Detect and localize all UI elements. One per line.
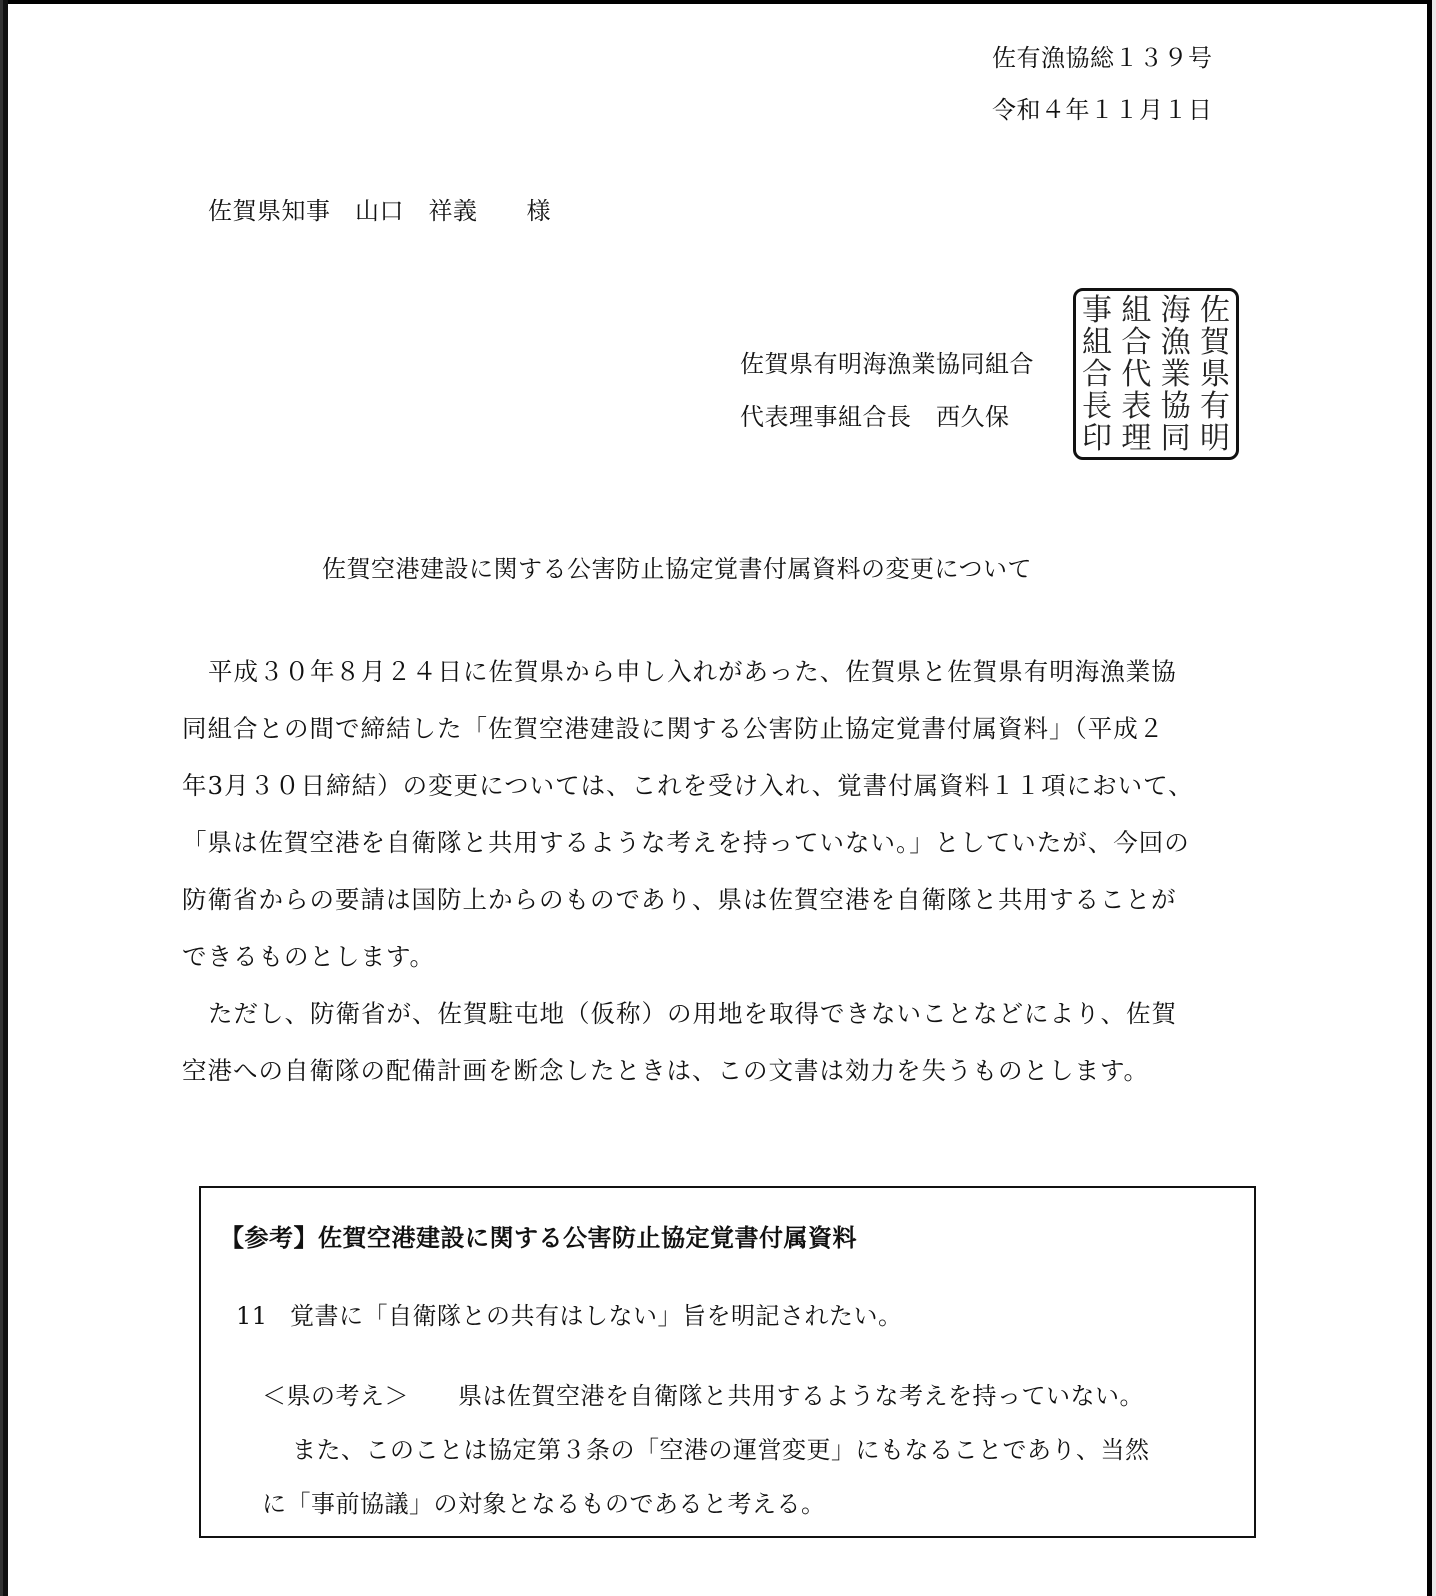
prefecture-view-line: また、このことは協定第３条の「空港の運営変更」にもなることであり、当然	[292, 1434, 1150, 1466]
stamp-character: 賀	[1200, 327, 1230, 359]
body-line: 防衛省からの要請は国防上からのものであり、県は佐賀空港を自衛隊と共用することが	[182, 884, 1177, 916]
stamp-character: 組	[1082, 327, 1112, 359]
body-line: 年3月３０日締結）の変更については、これを受け入れ、覚書付属資料１１項において、	[182, 770, 1194, 802]
stamp-column: 事組合長印	[1082, 295, 1112, 453]
stamp-character: 漁	[1161, 327, 1191, 359]
subject-title: 佐賀空港建設に関する公害防止協定覚書付属資料の変更について	[322, 553, 1032, 585]
stamp-character: 合	[1121, 327, 1151, 359]
document-number: 佐有漁協総１３９号	[992, 42, 1213, 74]
stamp-column: 佐賀県有明	[1200, 295, 1230, 453]
document-date: 令和４年１１月１日	[992, 94, 1213, 126]
page-border-left-shade	[0, 0, 3, 1596]
sender-organization: 佐賀県有明海漁業協同組合	[740, 348, 1034, 380]
stamp-character: 合	[1082, 359, 1112, 391]
stamp-character: 事	[1082, 295, 1112, 327]
stamp-character: 印	[1082, 423, 1112, 455]
stamp-character: 海	[1161, 295, 1191, 327]
body-line: 同組合との間で締結した「佐賀空港建設に関する公害防止協定覚書付属資料」（平成２	[182, 713, 1164, 745]
prefecture-view-line: に「事前協議」の対象となるものであると考える。	[262, 1488, 826, 1520]
stamp-column: 組合代表理	[1121, 295, 1151, 453]
reference-title: 【参考】佐賀空港建設に関する公害防止協定覚書付属資料	[220, 1222, 857, 1254]
reference-item-text: 覚書に「自衛隊との共有はしない」旨を明記されたい。	[290, 1300, 903, 1332]
body-line: 「県は佐賀空港を自衛隊と共用するような考えを持っていない。」としていたが、今回の	[182, 827, 1190, 859]
stamp-character: 業	[1161, 359, 1191, 391]
page-border-right-shade	[1432, 0, 1436, 1596]
prefecture-view-text: 県は佐賀空港を自衛隊と共用するような考えを持っていない。	[458, 1380, 1144, 1412]
stamp-character: 有	[1200, 391, 1230, 423]
body-line: ただし、防衛省が、佐賀駐屯地（仮称）の用地を取得できないことなどにより、佐賀	[208, 998, 1177, 1030]
page-border-top	[0, 0, 1432, 4]
stamp-character: 協	[1161, 391, 1191, 423]
stamp-column: 海漁業協同	[1161, 295, 1191, 453]
stamp-character: 県	[1200, 359, 1230, 391]
reference-item-number: 11	[236, 1300, 268, 1332]
addressee: 佐賀県知事 山口 祥義 様	[208, 195, 551, 227]
stamp-character: 明	[1200, 423, 1230, 455]
body-line: 空港への自衛隊の配備計画を断念したときは、この文書は効力を失うものとします。	[182, 1055, 1149, 1087]
prefecture-view-label: ＜県の考え＞	[262, 1380, 409, 1412]
stamp-character: 佐	[1200, 295, 1230, 327]
stamp-character: 長	[1082, 391, 1112, 423]
body-line: 平成３０年８月２４日に佐賀県から申し入れがあった、佐賀県と佐賀県有明海漁業協	[208, 656, 1177, 688]
stamp-character: 同	[1161, 423, 1191, 455]
stamp-character: 表	[1121, 391, 1151, 423]
stamp-character: 組	[1121, 295, 1151, 327]
stamp-character: 理	[1121, 423, 1151, 455]
stamp-character: 代	[1121, 359, 1151, 391]
official-seal-stamp: 佐賀県有明 海漁業協同 組合代表理 事組合長印	[1073, 288, 1239, 460]
body-line: できるものとします。	[182, 941, 435, 973]
sender-representative: 代表理事組合長 西久保	[740, 401, 1010, 433]
